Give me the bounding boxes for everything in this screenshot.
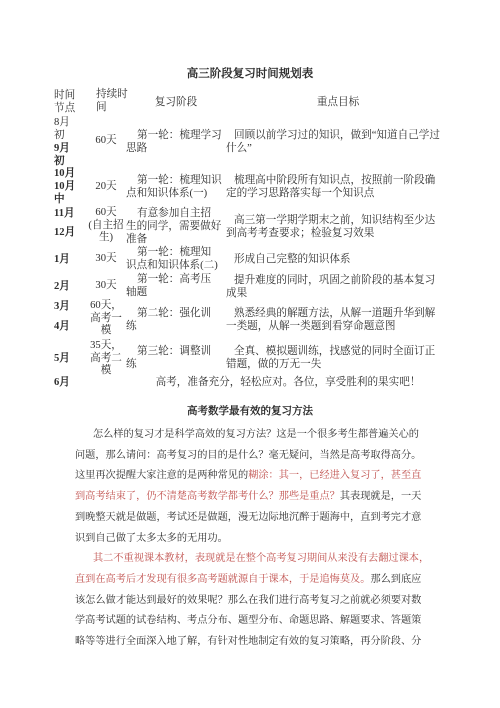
cell-line: 回顾以前学习过的知识，做到“知道自己学过	[226, 129, 450, 142]
cell-line: 练	[126, 320, 226, 333]
month-label: 9月	[54, 143, 70, 154]
time-cell: 3月4月	[54, 300, 86, 340]
body-text: 略等等进行全面深入地了解，有针对性地制定有效的复习策略，再分阶段、分	[75, 636, 421, 647]
goal-cell: 梳理高中阶段所有知识点，按照前一阶段确定的学习思路落实每一个知识点	[226, 167, 450, 207]
text-line: 问题，那么请问：高考复习的目的是什么？毫无疑问，当然是高考取得高分。	[75, 446, 423, 467]
article-body: 怎么样的复习才是科学高效的复习方法？这是一个很多考生都普遍关心的问题，那么请问：…	[75, 425, 423, 653]
cell-line: 高考一	[86, 313, 126, 326]
cell-line: 全真、模拟题训练，找感觉的同时全面订正	[226, 345, 450, 358]
cell-line: 第一轮：梳理知	[126, 246, 226, 259]
cell-line: 高考，准备充分，轻松应对。各位，享受胜利的果实吧！	[126, 376, 450, 389]
body-text: 其表现就是，一天	[340, 491, 422, 502]
month-label: 4月	[54, 321, 70, 332]
cell-line: 5月	[54, 352, 86, 365]
cell-line: 第三轮：调整训	[126, 345, 226, 358]
cell-line: 生的同学，需要做好	[126, 220, 226, 233]
stage-cell: 第一轮：梳理知识点和知识体系(二)	[126, 246, 226, 273]
cell-line: 60天	[86, 207, 126, 220]
time-cell: 1月	[54, 246, 86, 273]
stage-cell: 第一轮：高考压轴题	[126, 273, 226, 300]
cell-line: 12月	[54, 226, 86, 239]
month-label: 8月	[54, 117, 70, 128]
goal-cell: 形成自己完整的知识体系	[226, 246, 450, 273]
cell-line: 生)	[86, 232, 126, 245]
table-row: 6月高考，准备充分，轻松应对。各位，享受胜利的果实吧！	[54, 376, 450, 390]
time-cell: 2月	[54, 273, 86, 300]
month-label: 10月	[54, 168, 75, 179]
highlighted-text: 到高考结束了，仍不清楚高考数学都考什么？那些是重点？	[75, 491, 340, 502]
stage-cell: 第一轮：梳理知识点和知识体系(一)	[126, 167, 226, 207]
cell-line: (自主招	[86, 220, 126, 233]
time-cell: 11月12月	[54, 207, 86, 246]
cell-line: 梳理高中阶段所有知识点，按照前一阶段确	[226, 174, 450, 187]
text-line: 学高考试题的试卷结构、考点分布、题型分布、命题思路、解题要求、答题策	[75, 611, 423, 632]
month-label: 中	[54, 194, 65, 205]
cell-line: 3月	[54, 300, 86, 313]
duration-cell: 60天	[86, 116, 126, 167]
duration-cell: 35天，高考二模	[86, 340, 126, 376]
goal-cell: 高三第一学期学期末之前，知识结构至少达到高考考查要求；检验复习效果	[226, 207, 450, 246]
cell-line: 2月	[54, 280, 86, 293]
cell-line: 高考二	[86, 353, 126, 366]
cell-line: 35天，	[86, 340, 126, 353]
header-line: 复习阶段	[126, 96, 226, 109]
header-goal: 重点目标	[226, 89, 450, 116]
cell-line: 20天	[86, 181, 126, 194]
cell-line: 有意参加自主招	[126, 207, 226, 220]
cell-line: 识点和知识体系(二)	[126, 259, 226, 272]
table-row: 3月4月60天，高考一模第二轮：强化训练熟悉经典的解题方法，从解一道题升华到解一…	[54, 300, 450, 340]
cell-line: 6月	[54, 376, 86, 389]
highlighted-text: 糊涂：其一，已经进入复习了，甚至直	[248, 470, 421, 481]
body-text: 到晚整天就是做题，考试还是做题，漫无边际地沉醉于题海中，直到考完才意	[75, 512, 421, 523]
text-line: 怎么样的复习才是科学高效的复习方法？这是一个很多考生都普遍关心的	[75, 425, 423, 446]
cell-line: 提升难度的同时，巩固之前阶段的基本复习	[226, 274, 450, 287]
cell-line: 一类题，从解一类题到看穿命题意图	[226, 320, 450, 333]
month-label: 2月	[54, 281, 70, 292]
header-duration: 持续时间	[86, 89, 126, 116]
stage-cell: 第二轮：强化训练	[126, 300, 226, 340]
text-line: 该怎么做才能达到最好的效果呢？那么在我们进行高考复习之前就必须要对数	[75, 591, 423, 612]
duration-cell: 60天，高考一模	[86, 300, 126, 340]
body-text: 学高考试题的试卷结构、考点分布、题型分布、命题思路、解题要求、答题策	[75, 615, 421, 626]
cell-line: 定的学习思路落实每一个知识点	[226, 187, 450, 200]
text-line: 这里再次提醒大家注意的是两种常见的糊涂：其一，已经进入复习了，甚至直	[75, 466, 423, 487]
header-line: 间	[96, 102, 126, 115]
month-label: 12月	[54, 227, 75, 238]
paragraph: 其二不重视课本教材，表现就是在整个高考复习期间从来没有去翻过课本，直到在高考后才…	[75, 549, 423, 653]
time-cell: 5月	[54, 340, 86, 376]
cell-line: 30天	[86, 253, 126, 266]
month-label: 6月	[54, 377, 70, 388]
cell-line: 模	[86, 325, 126, 338]
duration-cell: 30天	[86, 273, 126, 300]
header-stage: 复习阶段	[126, 89, 226, 116]
text-line: 直到在高考后才发现有很多高考题就源自于课本，于是追悔莫及。那么到底应	[75, 570, 423, 591]
body-text: 问题，那么请问：高考复习的目的是什么？毫无疑问，当然是高考取得高分。	[75, 450, 421, 461]
cell-line: 10月	[54, 180, 86, 193]
goal-cell: 熟悉经典的解题方法，从解一道题升华到解一类题，从解一类题到看穿命题意图	[226, 300, 450, 340]
table-header-row: 时间节点持续时间复习阶段重点目标	[54, 89, 450, 116]
cell-line: 什么”	[226, 142, 450, 155]
cell-line: 形成自己完整的知识体系	[226, 253, 450, 266]
duration-cell: 20天	[86, 167, 126, 207]
cell-line: 11月	[54, 207, 86, 220]
cell-line: 10月	[54, 167, 86, 180]
cell-line: 60天，	[86, 300, 126, 313]
cell-line: 到高考考查要求；检验复习效果	[226, 227, 450, 240]
table-row: 1月30天第一轮：梳理知识点和知识体系(二)形成自己完整的知识体系	[54, 246, 450, 273]
stage-cell: 第三轮：调整训练	[126, 340, 226, 376]
stage-cell: 有意参加自主招生的同学，需要做好准备	[126, 207, 226, 246]
cell-line: 轴题	[126, 286, 226, 299]
month-label: 3月	[54, 301, 70, 312]
paragraph: 怎么样的复习才是科学高效的复习方法？这是一个很多考生都普遍关心的问题，那么请问：…	[75, 425, 423, 549]
duration-cell: 30天	[86, 246, 126, 273]
table-row: 11月12月60天(自主招生)有意参加自主招生的同学，需要做好准备高三第一学期学…	[54, 207, 450, 246]
document-page: 高三阶段复习时间规划表 时间节点持续时间复习阶段重点目标8月初9月初60天第一轮…	[0, 0, 500, 708]
table-title: 高三阶段复习时间规划表	[0, 66, 500, 82]
goal-cell: 提升难度的同时，巩固之前阶段的基本复习成果	[226, 273, 450, 300]
table-row: 5月35天，高考二模第三轮：调整训练全真、模拟题训练，找感觉的同时全面订正错题，…	[54, 340, 450, 376]
month-label: 11月	[54, 208, 75, 219]
duration-cell: 60天(自主招生)	[86, 207, 126, 246]
header-line: 节点	[54, 102, 86, 115]
highlighted-text: 直到在高考后才发现有很多高考题就源自于课本，于是追悔莫及。	[75, 574, 370, 585]
table-row: 8月初9月初60天第一轮：梳理学习思路回顾以前学习过的知识，做到“知道自己学过什…	[54, 116, 450, 167]
body-text: 怎么样的复习才是科学高效的复习方法？这是一个很多考生都普遍关心的	[93, 429, 419, 440]
stage-cell: 第一轮：梳理学习思路	[126, 116, 226, 167]
merged-cell: 高考，准备充分，轻松应对。各位，享受胜利的果实吧！	[126, 376, 450, 390]
goal-cell: 全真、模拟题训练，找感觉的同时全面订正错题，做的万无一失	[226, 340, 450, 376]
cell-line: 熟悉经典的解题方法，从解一道题升华到解	[226, 307, 450, 320]
cell-line: 9月	[54, 142, 86, 155]
article-title: 高考数学最有效的复习方法	[0, 404, 500, 419]
header-time: 时间节点	[54, 89, 86, 116]
text-line: 其二不重视课本教材，表现就是在整个高考复习期间从来没有去翻过课本，	[75, 549, 423, 570]
cell-line: 8月	[54, 116, 86, 129]
cell-line: 4月	[54, 320, 86, 333]
cell-line: 初	[54, 129, 86, 142]
time-cell: 8月初9月初	[54, 116, 86, 167]
table-row: 10月10月中20天第一轮：梳理知识点和知识体系(一)梳理高中阶段所有知识点，按…	[54, 167, 450, 207]
body-text: 这里再次提醒大家注意的是两种常见的	[75, 470, 248, 481]
highlighted-text: 其二不重视课本教材，表现就是在整个高考复习期间从来没有去翻过课本，	[93, 553, 429, 564]
header-line: 时间	[54, 89, 86, 102]
table-row: 2月30天第一轮：高考压轴题提升难度的同时，巩固之前阶段的基本复习成果	[54, 273, 450, 300]
time-cell: 6月	[54, 376, 86, 390]
duration-cell	[86, 376, 126, 390]
cell-line: 第一轮：高考压	[126, 273, 226, 286]
cell-line: 练	[126, 358, 226, 371]
planning-table: 时间节点持续时间复习阶段重点目标8月初9月初60天第一轮：梳理学习思路回顾以前学…	[54, 89, 450, 390]
cell-line: 准备	[126, 233, 226, 246]
month-label: 1月	[54, 254, 70, 265]
cell-line: 第一轮：梳理学习	[126, 129, 226, 142]
month-label: 5月	[54, 353, 70, 364]
text-line: 略等等进行全面深入地了解，有针对性地制定有效的复习策略，再分阶段、分	[75, 632, 423, 653]
cell-line: 第一轮：梳理知识	[126, 174, 226, 187]
body-text: 那么到底应	[370, 574, 421, 585]
body-text: 识到自己做了太多太多的无用功。	[75, 533, 228, 544]
month-label: 初	[54, 130, 65, 141]
text-line: 到晚整天就是做题，考试还是做题，漫无边际地沉醉于题海中，直到考完才意	[75, 508, 423, 529]
cell-line: 高三第一学期学期末之前，知识结构至少达	[226, 214, 450, 227]
cell-line: 1月	[54, 253, 86, 266]
time-cell: 10月10月中	[54, 167, 86, 207]
header-line: 持续时	[96, 89, 126, 102]
cell-line: 成果	[226, 287, 450, 300]
body-text: 该怎么做才能达到最好的效果呢？那么在我们进行高考复习之前就必须要对数	[75, 595, 421, 606]
header-line: 重点目标	[226, 96, 450, 109]
cell-line: 错题，做的万无一失	[226, 358, 450, 371]
cell-line: 点和知识体系(一)	[126, 187, 226, 200]
text-line: 到高考结束了，仍不清楚高考数学都考什么？那些是重点？其表现就是，一天	[75, 487, 423, 508]
goal-cell: 回顾以前学习过的知识，做到“知道自己学过什么”	[226, 116, 450, 167]
text-line: 识到自己做了太多太多的无用功。	[75, 529, 423, 550]
month-label: 初	[54, 156, 65, 167]
cell-line: 60天	[86, 135, 126, 148]
cell-line: 中	[54, 193, 86, 206]
cell-line: 30天	[86, 280, 126, 293]
month-label: 10月	[54, 181, 75, 192]
cell-line: 第二轮：强化训	[126, 307, 226, 320]
cell-line: 思路	[126, 142, 226, 155]
